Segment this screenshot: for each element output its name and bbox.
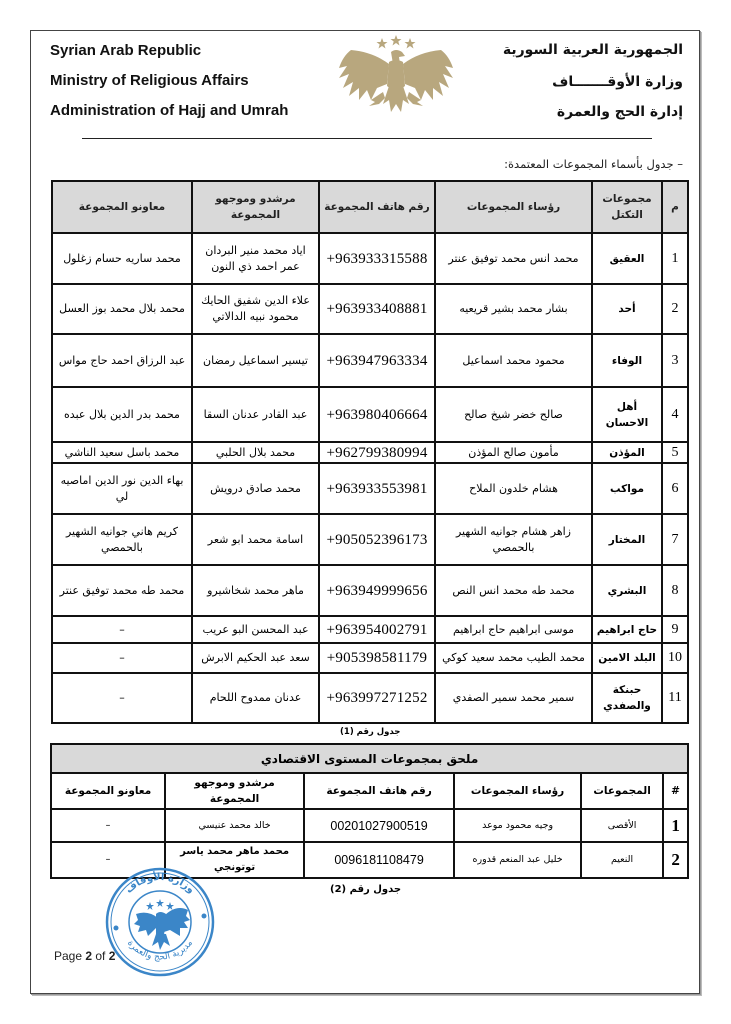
- table-row: 3 الوفاء محمود محمد اسماعيل +96394796333…: [52, 334, 688, 387]
- row-guides: سعد عبد الحكيم الابرش: [192, 643, 319, 673]
- row-phone: +963954002791: [319, 616, 435, 643]
- header-country-en: Syrian Arab Republic: [50, 42, 201, 59]
- page-total: 2: [109, 949, 116, 963]
- table-row: 1 العقيق محمد انس محمد توفيق عنتر +96393…: [52, 233, 688, 284]
- row-group: الأقصى: [581, 809, 663, 842]
- row-index: 8: [662, 565, 688, 616]
- table-row: 7 المختار زاهر هشام جوانيه الشهير بالحمص…: [52, 514, 688, 565]
- row-assistants: محمد طه محمد توفيق عنتر: [52, 565, 192, 616]
- stamp-top-text: وزارة الأوقاف: [124, 870, 197, 896]
- row-guides: محمد صادق درويش: [192, 463, 319, 514]
- row-head: محمد طه محمد انس النص: [435, 565, 592, 616]
- table-row: 9 حاج ابراهيم موسى ابراهيم حاج ابراهيم +…: [52, 616, 688, 643]
- header-ministry-en: Ministry of Religious Affairs: [50, 72, 249, 89]
- row-guides: عبد المحسن البو عريب: [192, 616, 319, 643]
- row-group: أحد: [592, 284, 662, 334]
- row-phone: +962799380994: [319, 442, 435, 463]
- col-header-head: رؤساء المجموعات: [435, 181, 592, 233]
- row-phone: 00201027900519: [304, 809, 454, 842]
- header-divider: [82, 138, 652, 139]
- row-group: أهل الاحسان: [592, 387, 662, 442]
- row-index: 1: [663, 809, 688, 842]
- page-mid: of: [92, 949, 109, 963]
- row-phone: +905398581179: [319, 643, 435, 673]
- row-guides: خالد محمد عنيسي: [165, 809, 304, 842]
- table-row: 2 أحد بشار محمد بشير قريعيه +96393340888…: [52, 284, 688, 334]
- row-index: 6: [662, 463, 688, 514]
- row-phone: +963933315588: [319, 233, 435, 284]
- row-group: حبنكة والصفدي: [592, 673, 662, 723]
- row-assistants: محمد بلال محمد بوز العسل: [52, 284, 192, 334]
- row-head: زاهر هشام جوانيه الشهير بالحمصي: [435, 514, 592, 565]
- row-index: 4: [662, 387, 688, 442]
- row-assistants: كريم هاني جوانيه الشهير بالحمصي: [52, 514, 192, 565]
- row-head: بشار محمد بشير قريعيه: [435, 284, 592, 334]
- intro-text: – جدول بأسماء المجموعات المعتمدة:: [504, 157, 683, 171]
- table-row: 5 المؤذن مأمون صالح المؤذن +962799380994…: [52, 442, 688, 463]
- row-guides: تيسير اسماعيل رمضان: [192, 334, 319, 387]
- row-group: البلد الامين: [592, 643, 662, 673]
- economy-groups-table: ملحق بمجموعات المستوى الاقتصادي # المجمو…: [50, 743, 689, 879]
- row-head: سمير محمد سمير الصفدي: [435, 673, 592, 723]
- row-guides: عبد القادر عدنان السقا: [192, 387, 319, 442]
- col-header-assistants: معاونو المجموعة: [52, 181, 192, 233]
- row-phone: 0096181108479: [304, 842, 454, 878]
- header-ministry-ar: وزارة الأوقـــــــاف: [552, 74, 683, 90]
- row-group: العقيق: [592, 233, 662, 284]
- row-guides: عدنان ممدوح اللحام: [192, 673, 319, 723]
- row-guides: اسامة محمد ابو شعر: [192, 514, 319, 565]
- table2-title: ملحق بمجموعات المستوى الاقتصادي: [51, 744, 688, 773]
- row-phone: +963933408881: [319, 284, 435, 334]
- row-head: هشام خلدون الملاح: [435, 463, 592, 514]
- header-country-ar: الجمهورية العربية السورية: [503, 42, 683, 58]
- row-guides: اياد محمد منير البردان عمر احمد ذي النون: [192, 233, 319, 284]
- row-assistants: –: [52, 673, 192, 723]
- row-head: خليل عبد المنعم قدوره: [454, 842, 581, 878]
- row-assistants: محمد ساريه حسام زغلول: [52, 233, 192, 284]
- svg-text:وزارة الأوقاف: وزارة الأوقاف: [124, 870, 197, 896]
- col-header-assistants: معاونو المجموعة: [51, 773, 165, 809]
- table2-caption: جدول رقم (2): [330, 884, 401, 895]
- row-phone: +963933553981: [319, 463, 435, 514]
- row-head: محمد انس محمد توفيق عنتر: [435, 233, 592, 284]
- row-head: محمود محمد اسماعيل: [435, 334, 592, 387]
- official-stamp-icon: وزارة الأوقاف مديرية الحج والعمرة: [104, 866, 216, 978]
- table-row: 11 حبنكة والصفدي سمير محمد سمير الصفدي +…: [52, 673, 688, 723]
- row-index: 1: [662, 233, 688, 284]
- row-index: 2: [663, 842, 688, 878]
- row-head: صالح خضر شيخ صالح: [435, 387, 592, 442]
- row-guides: ماهر محمد شخاشيرو: [192, 565, 319, 616]
- row-assistants: –: [51, 809, 165, 842]
- row-guides: محمد بلال الحلبي: [192, 442, 319, 463]
- page-prefix: Page: [54, 949, 85, 963]
- table1-caption: جدول رقم (1): [340, 727, 400, 737]
- row-group: حاج ابراهيم: [592, 616, 662, 643]
- row-index: 11: [662, 673, 688, 723]
- row-group: المختار: [592, 514, 662, 565]
- row-phone: +905052396173: [319, 514, 435, 565]
- row-head: موسى ابراهيم حاج ابراهيم: [435, 616, 592, 643]
- col-header-guides: مرشدو وموجهو المجموعة: [192, 181, 319, 233]
- row-assistants: –: [52, 643, 192, 673]
- page-number: Page 2 of 2: [54, 949, 115, 963]
- row-index: 2: [662, 284, 688, 334]
- col-header-index: م: [662, 181, 688, 233]
- col-header-head: رؤساء المجموعات: [454, 773, 581, 809]
- row-assistants: محمد باسل سعيد الناشي: [52, 442, 192, 463]
- row-group: مواكب: [592, 463, 662, 514]
- row-group: الوفاء: [592, 334, 662, 387]
- table-row: 4 أهل الاحسان صالح خضر شيخ صالح +9639804…: [52, 387, 688, 442]
- row-assistants: –: [52, 616, 192, 643]
- col-header-phone: رقم هاتف المجموعة: [319, 181, 435, 233]
- table-title-row: ملحق بمجموعات المستوى الاقتصادي: [51, 744, 688, 773]
- col-header-index: #: [663, 773, 688, 809]
- table-row: 1 الأقصى وجيه محمود موعد 00201027900519 …: [51, 809, 688, 842]
- table-row: 8 البشري محمد طه محمد انس النص +96394999…: [52, 565, 688, 616]
- table-row: 10 البلد الامين محمد الطيب محمد سعيد كوك…: [52, 643, 688, 673]
- table-header-row: # المجموعات رؤساء المجموعات رقم هاتف الم…: [51, 773, 688, 809]
- table-row: 6 مواكب هشام خلدون الملاح +963933553981 …: [52, 463, 688, 514]
- header-admin-en: Administration of Hajj and Umrah: [50, 102, 288, 119]
- col-header-group: مجموعات التكتل: [592, 181, 662, 233]
- row-assistants: محمد بدر الدين بلال عبده: [52, 387, 192, 442]
- row-head: وجيه محمود موعد: [454, 809, 581, 842]
- row-group: البشري: [592, 565, 662, 616]
- table-header-row: م مجموعات التكتل رؤساء المجموعات رقم هات…: [52, 181, 688, 233]
- eagle-emblem-icon: [333, 34, 459, 124]
- row-index: 10: [662, 643, 688, 673]
- row-phone: +963980406664: [319, 387, 435, 442]
- col-header-guides: مرشدو وموجهو المجموعة: [165, 773, 304, 809]
- header-admin-ar: إدارة الحج والعمرة: [557, 104, 683, 120]
- row-phone: +963949999656: [319, 565, 435, 616]
- row-head: مأمون صالح المؤذن: [435, 442, 592, 463]
- col-header-group: المجموعات: [581, 773, 663, 809]
- row-index: 5: [662, 442, 688, 463]
- row-phone: +963947963334: [319, 334, 435, 387]
- row-assistants: عبد الرزاق احمد حاج مواس: [52, 334, 192, 387]
- row-index: 7: [662, 514, 688, 565]
- row-index: 9: [662, 616, 688, 643]
- row-group: النعيم: [581, 842, 663, 878]
- row-head: محمد الطيب محمد سعيد كوكي: [435, 643, 592, 673]
- row-phone: +963997271252: [319, 673, 435, 723]
- row-guides: علاء الدين شفيق الحايك محمود نبيه الدالا…: [192, 284, 319, 334]
- row-group: المؤذن: [592, 442, 662, 463]
- row-index: 3: [662, 334, 688, 387]
- col-header-phone: رقم هاتف المجموعة: [304, 773, 454, 809]
- approved-groups-table: م مجموعات التكتل رؤساء المجموعات رقم هات…: [51, 180, 689, 724]
- row-assistants: بهاء الدين نور الدين اماصيه لي: [52, 463, 192, 514]
